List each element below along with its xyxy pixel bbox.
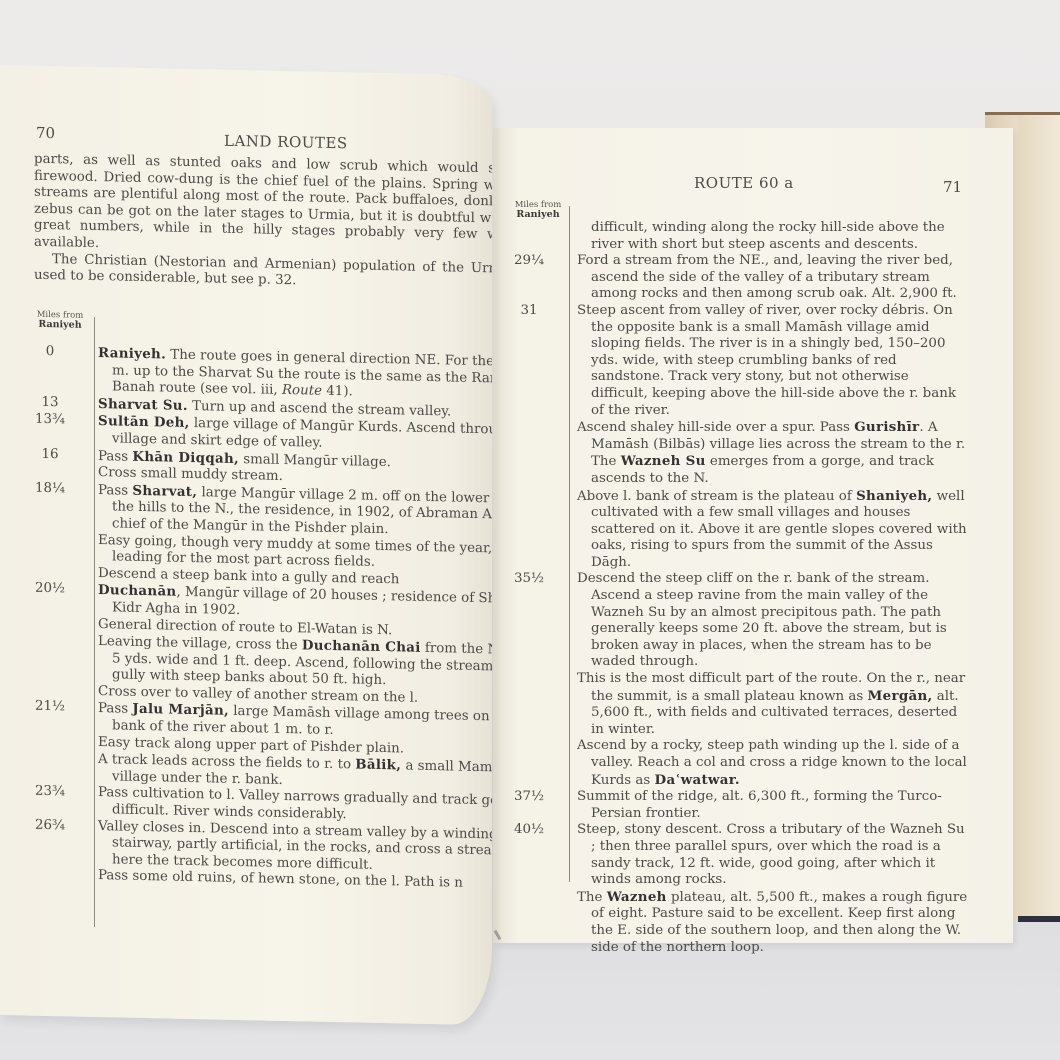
route-table-left: 0 Raniyeh. The route goes in general dir…: [14, 343, 492, 894]
table-row: The Wazneh plateau, alt. 5,500 ft., make…: [493, 889, 968, 956]
page-71: ROUTE 60 a 71 Miles from Raniyeh difficu…: [493, 128, 1013, 943]
table-row: 29¼ Ford a stream from the NE., and, lea…: [493, 253, 968, 303]
book-page-block-edge: [1018, 116, 1060, 922]
table-row: difficult, winding along the rocky hill-…: [493, 220, 968, 253]
table-row: Above l. bank of stream is the plateau o…: [493, 488, 968, 572]
table-row: Ascend by a rocky, steep path winding up…: [493, 738, 968, 789]
table-row: This is the most difficult part of the r…: [493, 671, 968, 738]
paragraph: parts, as well as stunted oaks and low s…: [34, 152, 492, 262]
running-head: LAND ROUTES: [224, 132, 348, 153]
miles-column-header: Miles from Raniyeh: [507, 200, 569, 220]
table-row: 35½ Descend the steep cliff on the r. ba…: [493, 571, 968, 671]
intro-text: parts, as well as stunted oaks and low s…: [34, 152, 492, 296]
table-row: 31 Steep ascent from valley of river, ov…: [493, 303, 968, 419]
route-table-right: difficult, winding along the rocky hill-…: [493, 220, 968, 956]
page-number: 70: [36, 124, 55, 142]
table-row: Ascend shaley hill-side over a spur. Pas…: [493, 419, 968, 487]
table-row: 37½ Summit of the ridge, alt. 6,300 ft.,…: [493, 789, 968, 822]
miles-column-header: Miles from Raniyeh: [26, 310, 94, 331]
running-head: ROUTE 60 a: [694, 174, 794, 192]
page-70: 70 LAND ROUTES parts, as well as stunted…: [0, 65, 492, 1025]
table-row: 40½ Steep, stony descent. Cross a tribut…: [493, 822, 968, 888]
page-number: 71: [943, 178, 962, 196]
